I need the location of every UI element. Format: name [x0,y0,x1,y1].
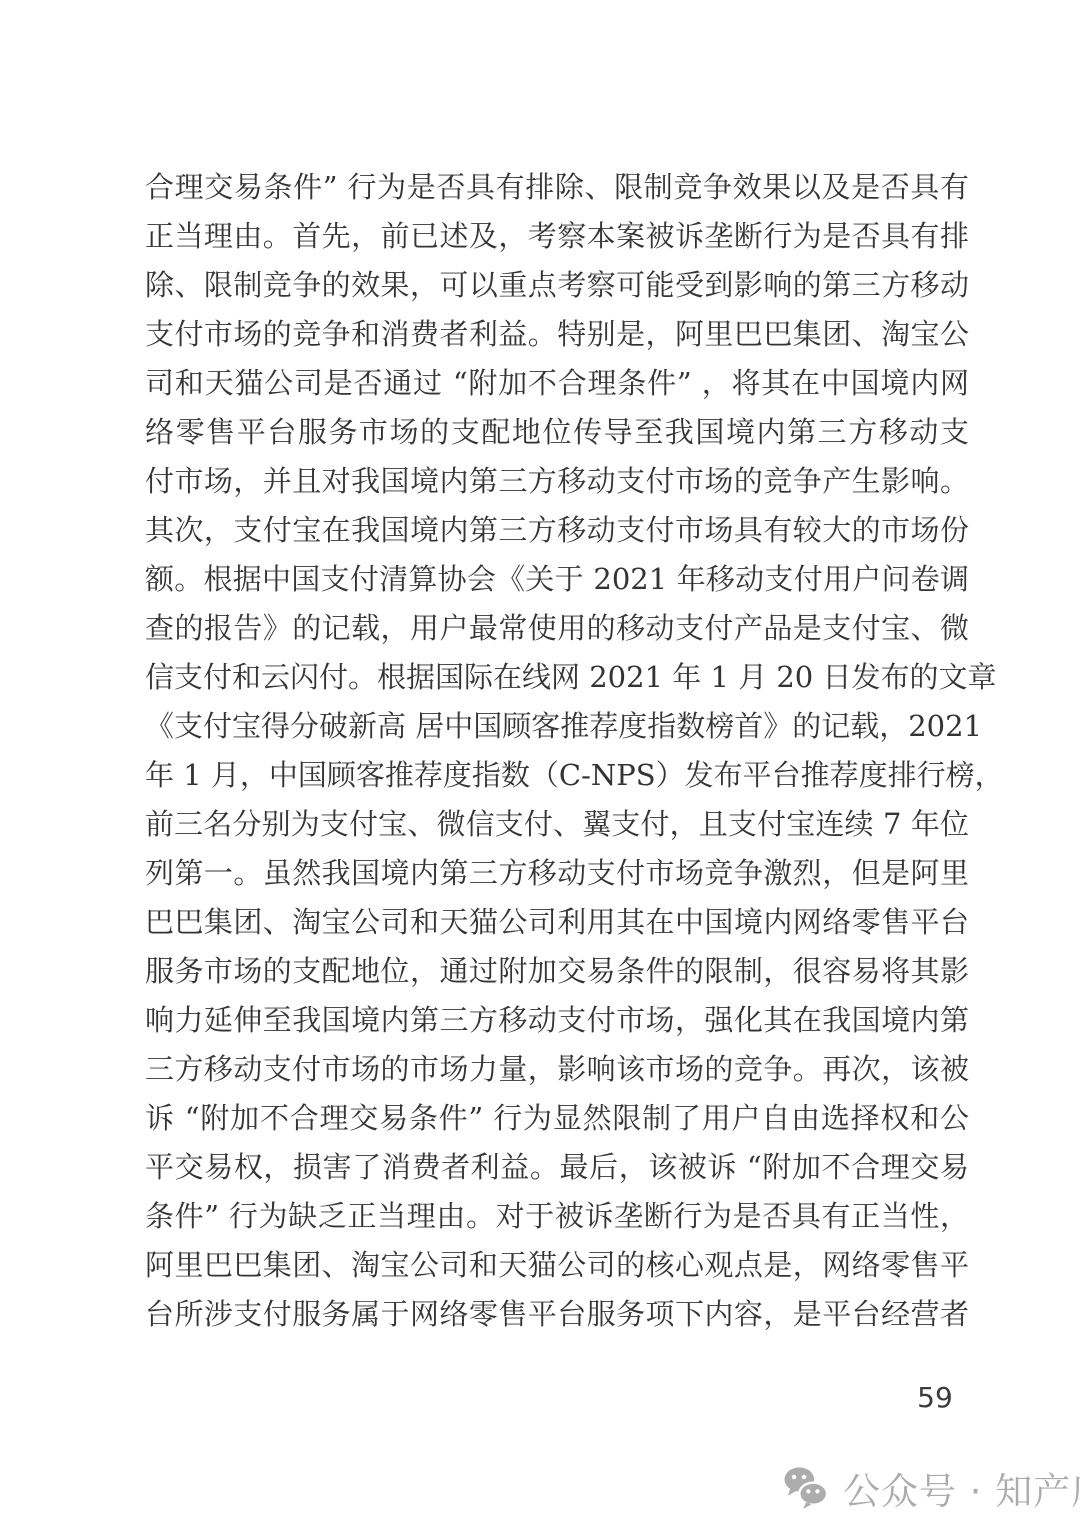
text-line: 平交易权，损害了消费者利益。最后，该被诉 “附加不合理交易 [145,1143,969,1192]
watermark-label: 公众号 · 知产库 [843,1461,1080,1515]
watermark-footer: 公众号 · 知产库 [783,1461,1080,1515]
text-line: 条件” 行为缺乏正当理由。对于被诉垄断行为是否具有正当性， [145,1192,969,1241]
wechat-icon [783,1466,829,1510]
text-line: 巴巴集团、淘宝公司和天猫公司利用其在中国境内网络零售平台 [145,898,969,947]
text-line: 除、限制竞争的效果，可以重点考察可能受到影响的第三方移动 [145,261,969,310]
text-line: 支付市场的竞争和消费者利益。特别是，阿里巴巴集团、淘宝公 [145,310,969,359]
text-line: 络零售平台服务市场的支配地位传导至我国境内第三方移动支 [145,408,969,457]
text-line: 阿里巴巴集团、淘宝公司和天猫公司的核心观点是，网络零售平 [145,1241,969,1290]
text-line: 三方移动支付市场的市场力量，影响该市场的竞争。再次，该被 [145,1045,969,1094]
page-number: 59 [905,1381,965,1414]
text-line: 司和天猫公司是否通过 “附加不合理条件” ，将其在中国境内网 [145,359,969,408]
text-line: 响力延伸至我国境内第三方移动支付市场，强化其在我国境内第 [145,996,969,1045]
text-line: 服务市场的支配地位，通过附加交易条件的限制，很容易将其影 [145,947,969,996]
text-line: 信支付和云闪付。根据国际在线网 2021 年 1 月 20 日发布的文章 [145,653,969,702]
text-line: 诉 “附加不合理交易条件” 行为显然限制了用户自由选择权和公 [145,1094,969,1143]
text-line: 列第一。虽然我国境内第三方移动支付市场竞争激烈，但是阿里 [145,849,969,898]
text-line: 付市场，并且对我国境内第三方移动支付市场的竞争产生影响。 [145,457,969,506]
text-line: 额。根据中国支付清算协会《关于 2021 年移动支付用户问卷调 [145,555,969,604]
text-line: 查的报告》的记载，用户最常使用的移动支付产品是支付宝、微 [145,604,969,653]
document-body: 合理交易条件” 行为是否具有排除、限制竞争效果以及是否具有正当理由。首先，前已述… [145,163,969,1339]
text-line: 正当理由。首先，前已述及，考察本案被诉垄断行为是否具有排 [145,212,969,261]
text-line: 前三名分别为支付宝、微信支付、翼支付，且支付宝连续 7 年位 [145,800,969,849]
text-line: 《支付宝得分破新高 居中国顾客推荐度指数榜首》的记载，2021 [145,702,969,751]
text-line: 其次，支付宝在我国境内第三方移动支付市场具有较大的市场份 [145,506,969,555]
text-line: 年 1 月，中国顾客推荐度指数（C-NPS）发布平台推荐度排行榜， [145,751,969,800]
text-line: 合理交易条件” 行为是否具有排除、限制竞争效果以及是否具有 [145,163,969,212]
document-page: 合理交易条件” 行为是否具有排除、限制竞争效果以及是否具有正当理由。首先，前已述… [0,0,1080,1527]
text-line: 台所涉支付服务属于网络零售平台服务项下内容，是平台经营者 [145,1290,969,1339]
